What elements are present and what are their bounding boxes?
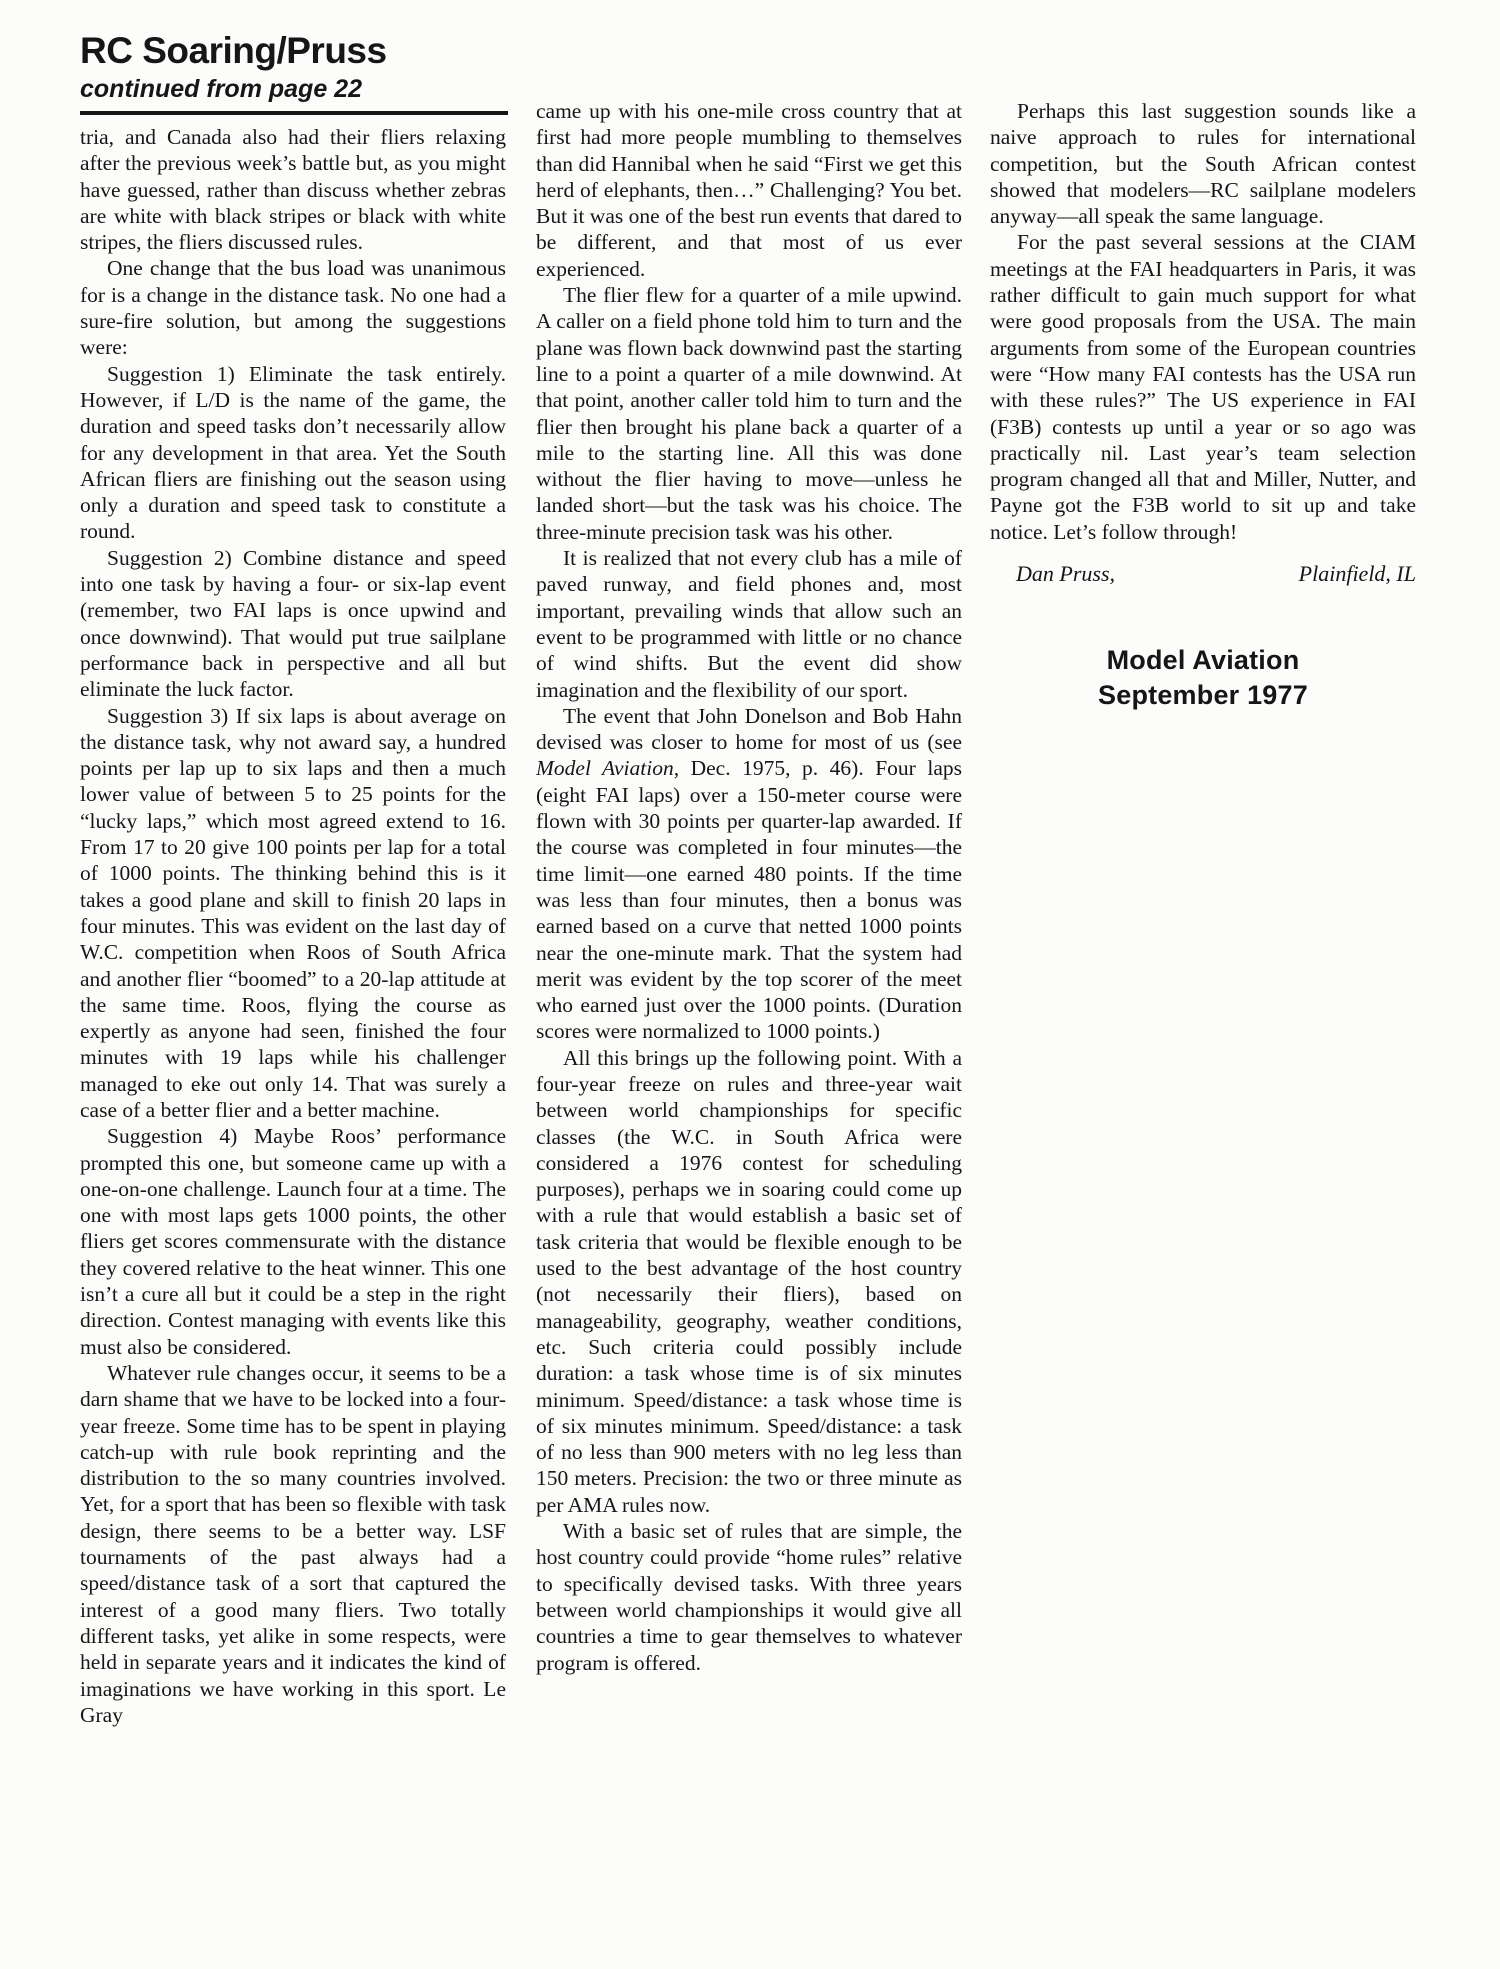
paragraph: For the past several sessions at the CIA… bbox=[990, 229, 1416, 545]
text-run: Suggestion 3) If six laps is about avera… bbox=[80, 704, 506, 1122]
text-run: came up with his one-mile cross country … bbox=[536, 99, 962, 281]
issue-label: Model Aviation September 1977 bbox=[990, 643, 1416, 713]
paragraph: Perhaps this last suggestion sounds like… bbox=[990, 98, 1416, 229]
italic-text-run: Model Aviation bbox=[536, 756, 674, 780]
column-3: Perhaps this last suggestion sounds like… bbox=[990, 98, 1416, 713]
paragraph: came up with his one-mile cross country … bbox=[536, 98, 962, 282]
paragraph: One change that the bus load was unanimo… bbox=[80, 255, 506, 360]
text-run: The event that John Donelson and Bob Hah… bbox=[536, 704, 962, 754]
column-1-paragraphs: tria, and Canada also had their fliers r… bbox=[80, 124, 506, 1728]
text-run: Suggestion 2) Combine distance and speed… bbox=[80, 546, 506, 701]
article-header: RC Soaring/Pruss continued from page 22 bbox=[80, 30, 510, 115]
signature: Dan Pruss, Plainfield, IL bbox=[990, 561, 1416, 587]
text-run: Suggestion 4) Maybe Roos’ performance pr… bbox=[80, 1124, 506, 1358]
paragraph: tria, and Canada also had their fliers r… bbox=[80, 124, 506, 255]
text-run: Whatever rule changes occur, it seems to… bbox=[80, 1361, 506, 1727]
text-run: With a basic set of rules that are simpl… bbox=[536, 1519, 962, 1674]
signature-name: Dan Pruss, bbox=[1016, 561, 1115, 587]
column-1: tria, and Canada also had their fliers r… bbox=[80, 124, 506, 1728]
paragraph: Suggestion 2) Combine distance and speed… bbox=[80, 545, 506, 703]
paragraph: Suggestion 4) Maybe Roos’ performance pr… bbox=[80, 1123, 506, 1360]
paragraph: Suggestion 3) If six laps is about avera… bbox=[80, 703, 506, 1124]
text-run: tria, and Canada also had their fliers r… bbox=[80, 125, 506, 254]
text-run: The flier flew for a quarter of a mile u… bbox=[536, 283, 962, 544]
text-run: One change that the bus load was unanimo… bbox=[80, 256, 506, 359]
text-run: For the past several sessions at the CIA… bbox=[990, 230, 1416, 543]
paragraph: The event that John Donelson and Bob Hah… bbox=[536, 703, 962, 1045]
column-2-paragraphs: came up with his one-mile cross country … bbox=[536, 98, 962, 1676]
signature-location: Plainfield, IL bbox=[1299, 561, 1416, 587]
header-rule bbox=[80, 111, 508, 115]
magazine-name: Model Aviation bbox=[990, 643, 1416, 678]
issue-date: September 1977 bbox=[990, 678, 1416, 713]
paragraph: Suggestion 1) Eliminate the task entirel… bbox=[80, 361, 506, 545]
paragraph: Whatever rule changes occur, it seems to… bbox=[80, 1360, 506, 1728]
page-title: RC Soaring/Pruss bbox=[80, 30, 510, 72]
paragraph: All this brings up the following point. … bbox=[536, 1045, 962, 1518]
column-3-paragraphs: Perhaps this last suggestion sounds like… bbox=[990, 98, 1416, 545]
paragraph: It is realized that not every club has a… bbox=[536, 545, 962, 703]
column-2: came up with his one-mile cross country … bbox=[536, 98, 962, 1676]
text-run: It is realized that not every club has a… bbox=[536, 546, 962, 701]
text-run: , Dec. 1975, p. 46). Four laps (eight FA… bbox=[536, 756, 962, 1043]
magazine-page: RC Soaring/Pruss continued from page 22 … bbox=[0, 0, 1500, 1969]
text-run: Perhaps this last suggestion sounds like… bbox=[990, 99, 1416, 228]
paragraph: With a basic set of rules that are simpl… bbox=[536, 1518, 962, 1676]
text-run: All this brings up the following point. … bbox=[536, 1046, 962, 1517]
paragraph: The flier flew for a quarter of a mile u… bbox=[536, 282, 962, 545]
page-subtitle: continued from page 22 bbox=[80, 75, 510, 104]
text-run: Suggestion 1) Eliminate the task entirel… bbox=[80, 362, 506, 544]
